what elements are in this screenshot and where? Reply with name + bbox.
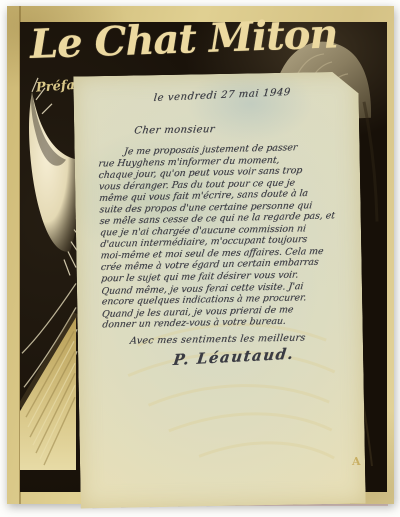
photographed-book-cover-with-letter: Le Chat Miton Préfac A le vendredi 27 ma… [0,0,400,517]
letter-body: Je me proposais justement de passerrue H… [98,141,358,332]
letter-signature: P. Léautaud. [172,345,295,369]
letter-salutation: Cher monsieur [134,124,216,136]
cover-corner-letter: A [352,455,361,468]
handwritten-letter: le vendredi 27 mai 1949 Cher monsieur Je… [73,72,365,509]
letter-date: le vendredi 27 mai 1949 [153,87,291,104]
